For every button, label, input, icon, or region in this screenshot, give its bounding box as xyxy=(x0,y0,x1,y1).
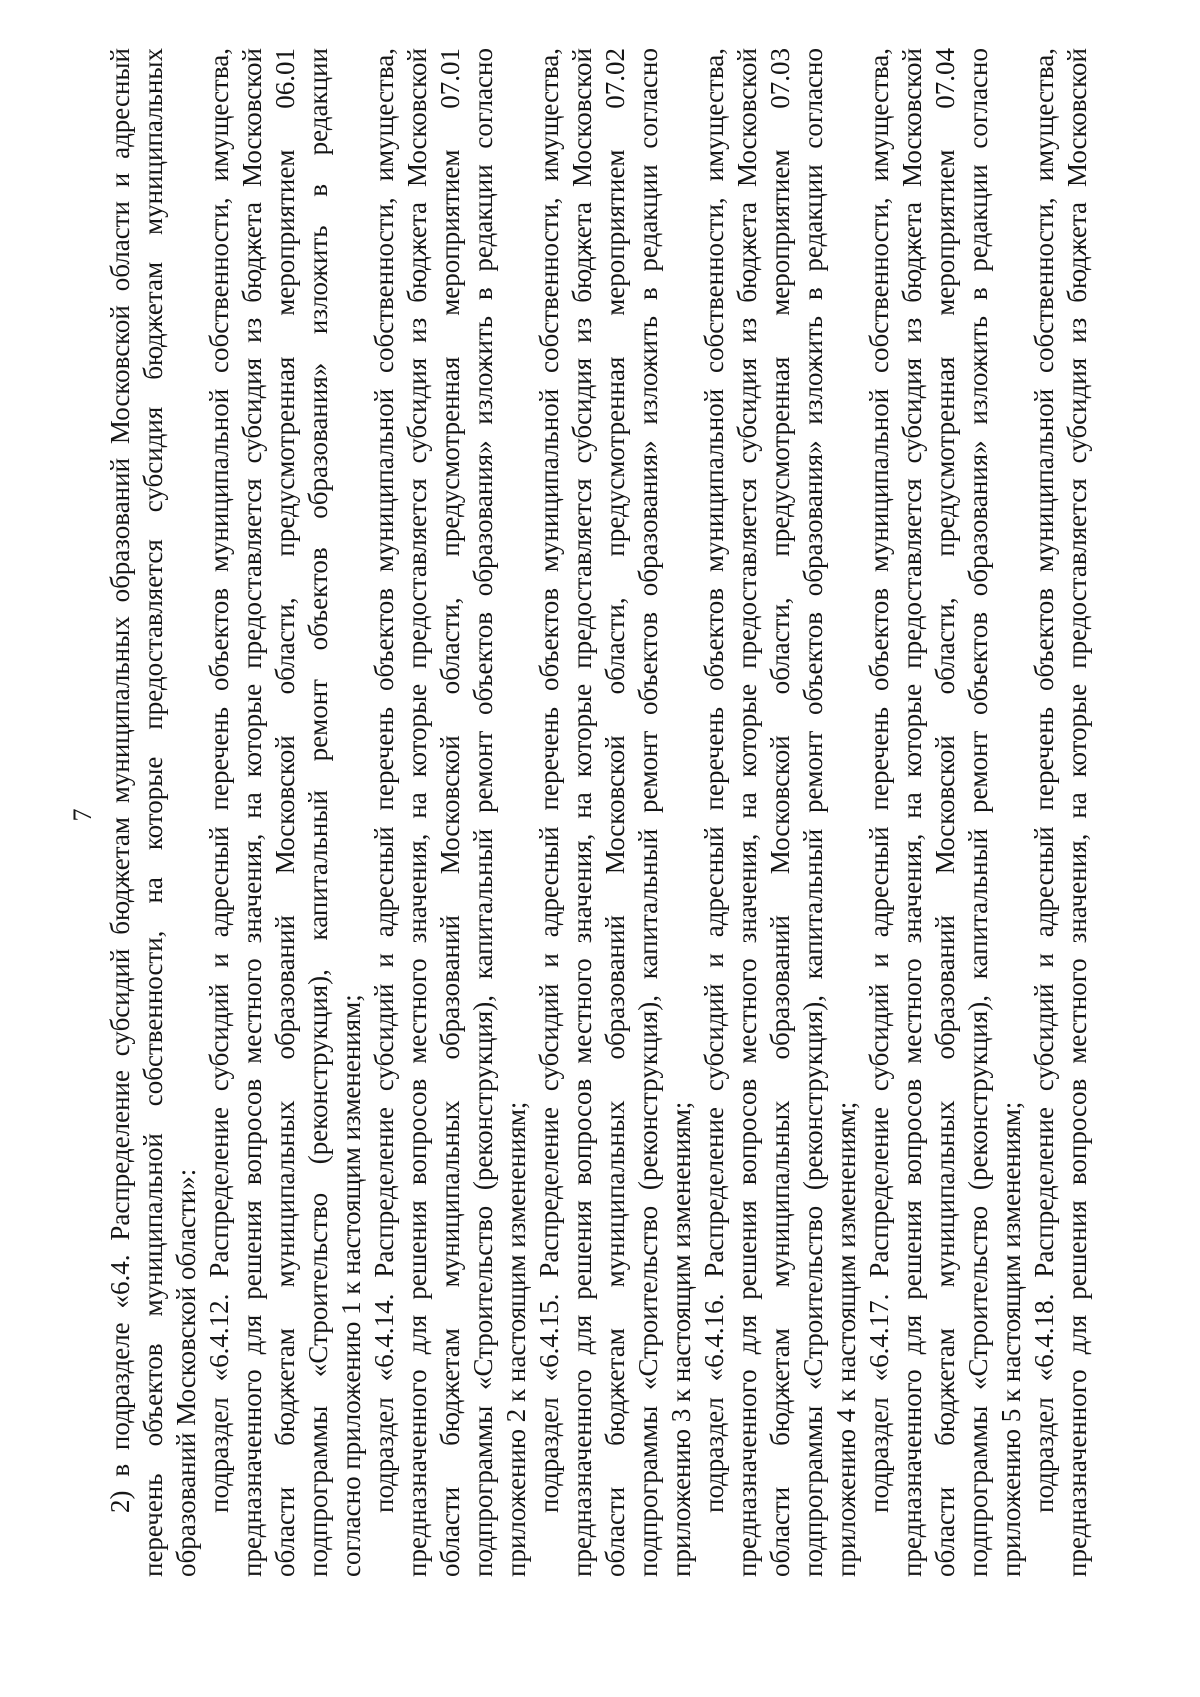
text-line: приложению 4 к настоящим изменениям; xyxy=(830,48,863,1577)
paragraph: 2) в подразделе «6.4. Распределение субс… xyxy=(104,48,203,1577)
text-line: образований Московской области»: xyxy=(170,48,203,1577)
document-text: 2) в подразделе «6.4. Распределение субс… xyxy=(104,48,1094,1577)
paragraph: подраздел «6.4.16. Распределение субсиди… xyxy=(698,48,863,1577)
text-line: предназначенного для решения вопросов ме… xyxy=(236,48,269,1577)
text-line: подраздел «6.4.17. Распределение субсиди… xyxy=(863,48,896,1577)
text-line: подраздел «6.4.16. Распределение субсиди… xyxy=(698,48,731,1577)
paragraph: подраздел «6.4.12. Распределение субсиди… xyxy=(203,48,368,1577)
text-line: подраздел «6.4.18. Распределение субсиди… xyxy=(1028,48,1061,1577)
text-line: области бюджетам муниципальных образован… xyxy=(929,48,962,1577)
text-line: перечень объектов муниципальной собствен… xyxy=(137,48,170,1577)
paragraph: подраздел «6.4.17. Распределение субсиди… xyxy=(863,48,1028,1577)
text-line: предназначенного для решения вопросов ме… xyxy=(896,48,929,1577)
scanned-document: 7 2) в подразделе «6.4. Распределение су… xyxy=(0,0,1200,1697)
text-line: подпрограммы «Строительство (реконструкц… xyxy=(467,48,500,1577)
text-line: подпрограммы «Строительство (реконструкц… xyxy=(797,48,830,1577)
paragraph: подраздел «6.4.18. Распределение субсиди… xyxy=(1028,48,1094,1577)
paragraph: подраздел «6.4.15. Распределение субсиди… xyxy=(533,48,698,1577)
text-line: области бюджетам муниципальных образован… xyxy=(269,48,302,1577)
page-number: 7 xyxy=(70,765,96,865)
text-line: предназначенного для решения вопросов ме… xyxy=(1061,48,1094,1577)
text-line: предназначенного для решения вопросов ме… xyxy=(401,48,434,1577)
text-line: области бюджетам муниципальных образован… xyxy=(599,48,632,1577)
text-line: предназначенного для решения вопросов ме… xyxy=(566,48,599,1577)
text-line: приложению 3 к настоящим изменениям; xyxy=(665,48,698,1577)
text-line: 2) в подразделе «6.4. Распределение субс… xyxy=(104,48,137,1577)
text-line: предназначенного для решения вопросов ме… xyxy=(731,48,764,1577)
text-line: области бюджетам муниципальных образован… xyxy=(434,48,467,1577)
text-line: подпрограммы «Строительство (реконструкц… xyxy=(962,48,995,1577)
text-line: приложению 2 к настоящим изменениям; xyxy=(500,48,533,1577)
text-line: подпрограммы «Строительство (реконструкц… xyxy=(302,48,335,1577)
text-line: подраздел «6.4.14. Распределение субсиди… xyxy=(368,48,401,1577)
text-line: приложению 5 к настоящим изменениям; xyxy=(995,48,1028,1577)
text-line: области бюджетам муниципальных образован… xyxy=(764,48,797,1577)
text-line: подраздел «6.4.12. Распределение субсиди… xyxy=(203,48,236,1577)
document-page: 7 2) в подразделе «6.4. Распределение су… xyxy=(0,0,1200,1697)
paragraph: подраздел «6.4.14. Распределение субсиди… xyxy=(368,48,533,1577)
text-line: согласно приложению 1 к настоящим измене… xyxy=(335,48,368,1577)
text-line: подраздел «6.4.15. Распределение субсиди… xyxy=(533,48,566,1577)
text-line: подпрограммы «Строительство (реконструкц… xyxy=(632,48,665,1577)
